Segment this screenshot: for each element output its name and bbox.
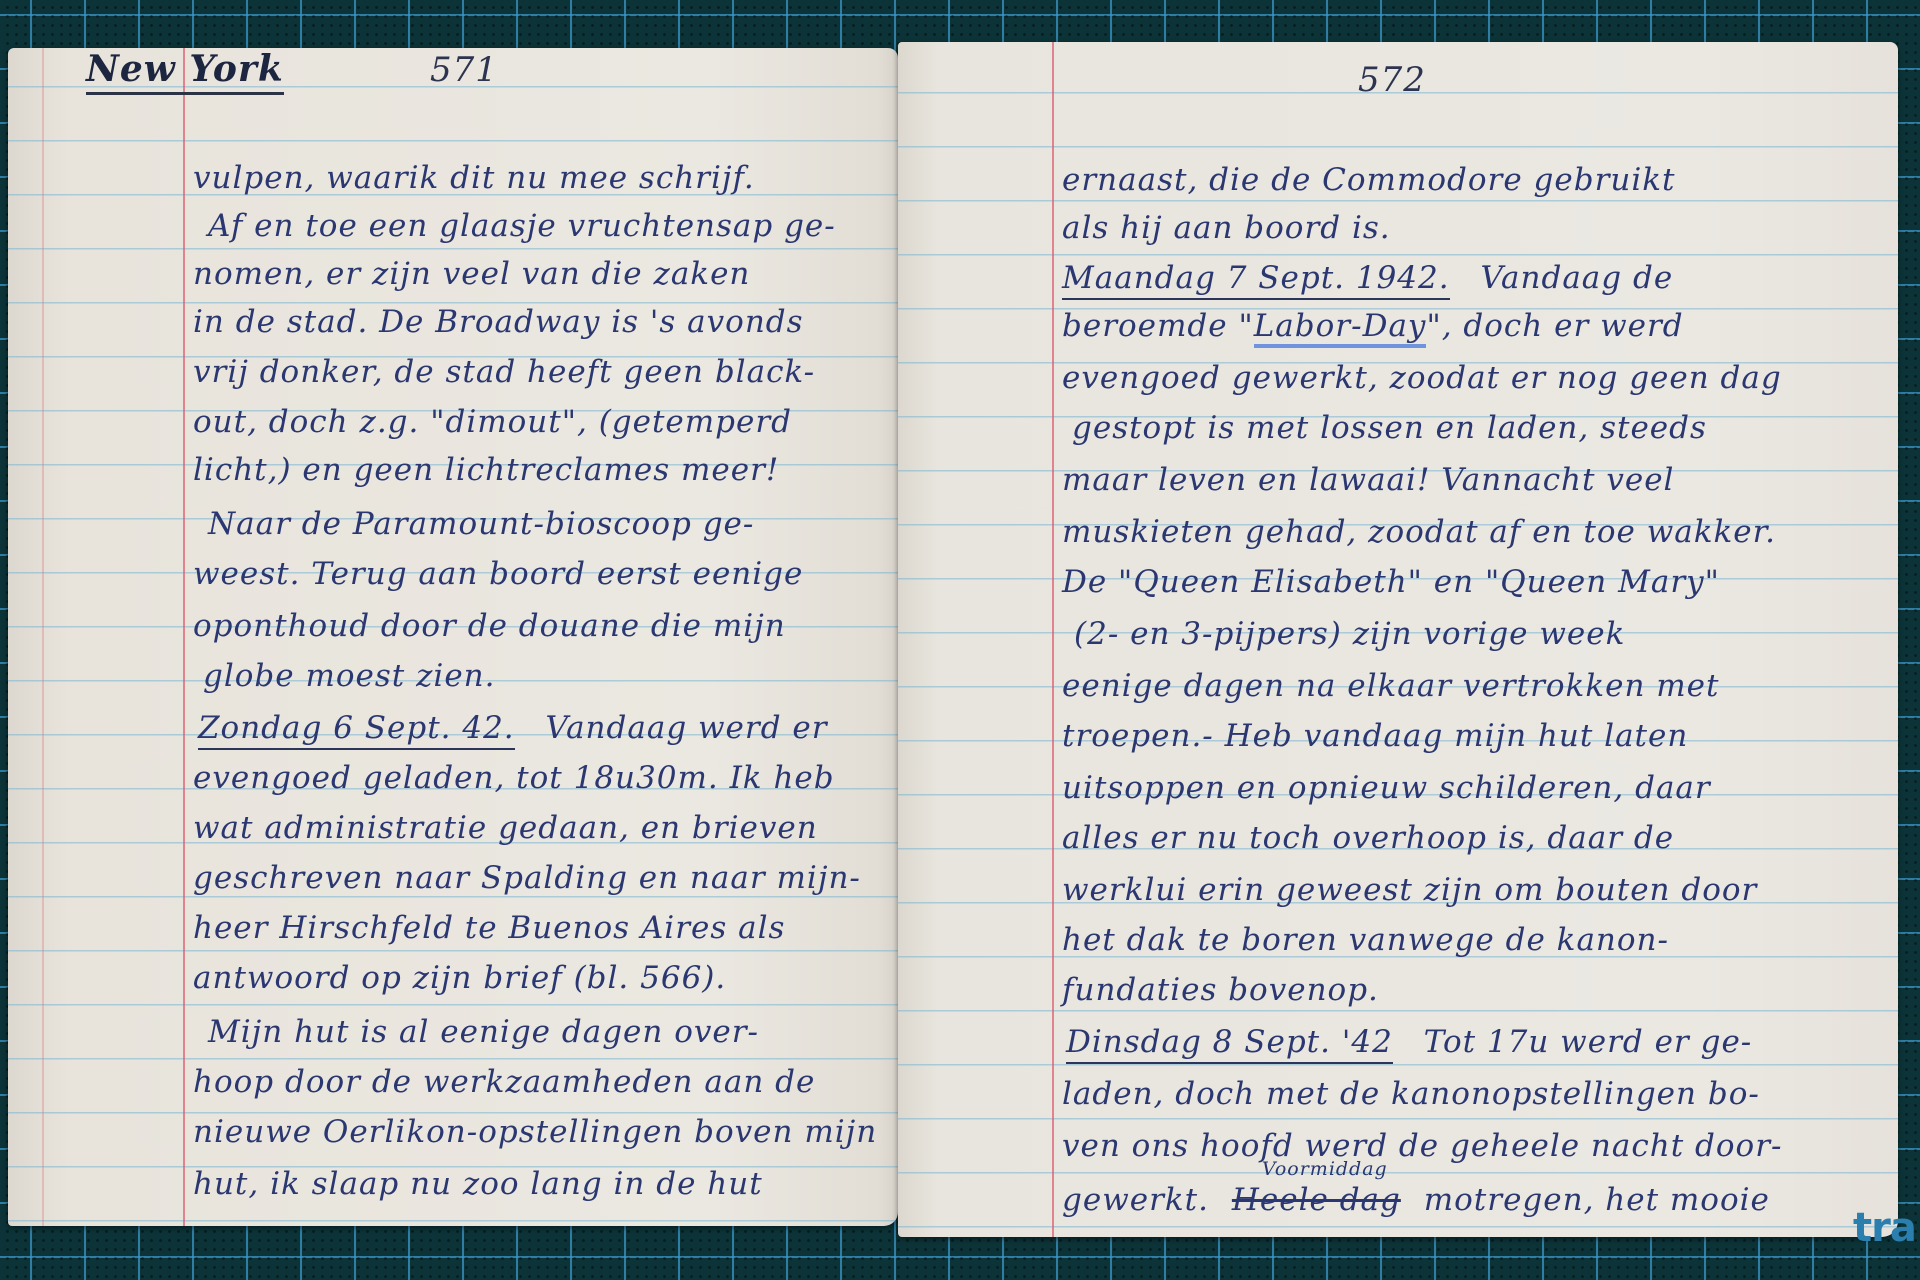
- text-line: weest. Terug aan boord eerst eenige: [193, 556, 803, 592]
- red-margin-line: [1052, 42, 1054, 1237]
- inserted-correction: Voormiddag: [1262, 1158, 1388, 1180]
- text-line: laden, doch met de kanonopstellingen bo-: [1062, 1076, 1760, 1112]
- text-line: het dak te boren vanwege de kanon-: [1062, 922, 1669, 958]
- text-line: eenige dagen na elkaar vertrokken met: [1062, 668, 1719, 704]
- text-line: evengoed gewerkt, zoodat er nog geen dag: [1062, 360, 1782, 396]
- text-line: hoop door de werkzaamheden aan de: [193, 1064, 815, 1100]
- text-line: troepen.- Heb vandaag mijn hut laten: [1062, 718, 1688, 754]
- text-line: globe moest zien.: [203, 658, 496, 694]
- text-line: alles er nu toch overhoop is, daar de: [1062, 820, 1674, 856]
- text-line: wat administratie gedaan, en brieven: [193, 810, 818, 846]
- right-page: 572 ernaast, die de Commodore gebruikt a…: [898, 42, 1898, 1237]
- text-fragment: gewerkt.: [1062, 1182, 1209, 1218]
- page-number: 572: [1358, 60, 1426, 100]
- red-margin-line: [183, 48, 185, 1226]
- struck-text: Heele dag: [1232, 1182, 1401, 1218]
- text-fragment: motregen, het mooie: [1424, 1182, 1770, 1218]
- text-line: fundaties bovenop.: [1062, 972, 1379, 1008]
- text-line: out, doch z.g. "dimout", (getemperd: [193, 404, 792, 440]
- text-line: nieuwe Oerlikon-opstellingen boven mijn: [193, 1114, 877, 1150]
- text-line: beroemde "Labor-Day", doch er werd: [1062, 308, 1684, 344]
- diary-date: Dinsdag 8 Sept. '42: [1066, 1024, 1393, 1064]
- inner-margin-line: [42, 48, 44, 1226]
- text-line: Af en toe een glaasje vruchtensap ge-: [208, 208, 836, 244]
- text-line: als hij aan boord is.: [1062, 210, 1391, 246]
- text-line: maar leven en lawaai! Vannacht veel: [1062, 462, 1674, 498]
- text-line: muskieten gehad, zoodat af en toe wakker…: [1062, 514, 1776, 550]
- watermark-logo: tra: [1853, 1205, 1916, 1251]
- diary-date: Maandag 7 Sept. 1942.: [1062, 260, 1450, 300]
- entry-text: Vandaag werd er: [546, 710, 828, 746]
- text-line: ernaast, die de Commodore gebruikt: [1062, 162, 1676, 198]
- text-line: licht,) en geen lichtreclames meer!: [193, 452, 779, 488]
- text-line: Naar de Paramount-bioscoop ge-: [208, 506, 754, 542]
- text-line: antwoord op zijn brief (bl. 566).: [193, 960, 726, 996]
- text-line: oponthoud door de douane die mijn: [193, 608, 786, 644]
- date-entry-line: Maandag 7 Sept. 1942. Vandaag de: [1062, 260, 1673, 296]
- entry-text: Tot 17u werd er ge-: [1424, 1024, 1753, 1060]
- text-line: nomen, er zijn veel van die zaken: [193, 256, 750, 292]
- corrected-line: gewerkt. Voormiddag Heele dag motregen, …: [1062, 1182, 1770, 1218]
- text-fragment: beroemde ": [1062, 308, 1254, 344]
- text-fragment: ", doch er werd: [1426, 308, 1683, 344]
- text-line: (2- en 3-pijpers) zijn vorige week: [1074, 616, 1625, 652]
- highlighted-phrase: Labor-Day: [1254, 308, 1427, 348]
- diary-date: Zondag 6 Sept. 42.: [198, 710, 515, 750]
- text-line: heer Hirschfeld te Buenos Aires als: [193, 910, 785, 946]
- text-line: Mijn hut is al eenige dagen over-: [208, 1014, 759, 1050]
- text-line: hut, ik slaap nu zoo lang in de hut: [193, 1166, 763, 1202]
- text-line: ven ons hoofd werd de geheele nacht door…: [1062, 1128, 1783, 1164]
- text-line: gestopt is met lossen en laden, steeds: [1072, 410, 1707, 446]
- open-notebook: New York 571 vulpen, waarik dit nu mee s…: [0, 0, 1920, 1280]
- text-line: uitsoppen en opnieuw schilderen, daar: [1062, 770, 1711, 806]
- date-entry-line: Zondag 6 Sept. 42. Vandaag werd er: [198, 710, 828, 746]
- text-line: vulpen, waarik dit nu mee schrijf.: [193, 160, 755, 196]
- text-line: in de stad. De Broadway is 's avonds: [193, 304, 804, 340]
- location-heading: New York: [86, 48, 284, 95]
- left-page: New York 571 vulpen, waarik dit nu mee s…: [8, 48, 898, 1226]
- entry-text: Vandaag de: [1480, 260, 1673, 296]
- text-line: evengoed geladen, tot 18u30m. Ik heb: [193, 760, 835, 796]
- date-entry-line: Dinsdag 8 Sept. '42 Tot 17u werd er ge-: [1066, 1024, 1752, 1060]
- page-number: 571: [430, 50, 498, 90]
- text-line: De "Queen Elisabeth" en "Queen Mary": [1062, 564, 1720, 600]
- text-line: vrij donker, de stad heeft geen black-: [193, 354, 815, 390]
- text-line: geschreven naar Spalding en naar mijn-: [193, 860, 861, 896]
- text-line: werklui erin geweest zijn om bouten door: [1062, 872, 1757, 908]
